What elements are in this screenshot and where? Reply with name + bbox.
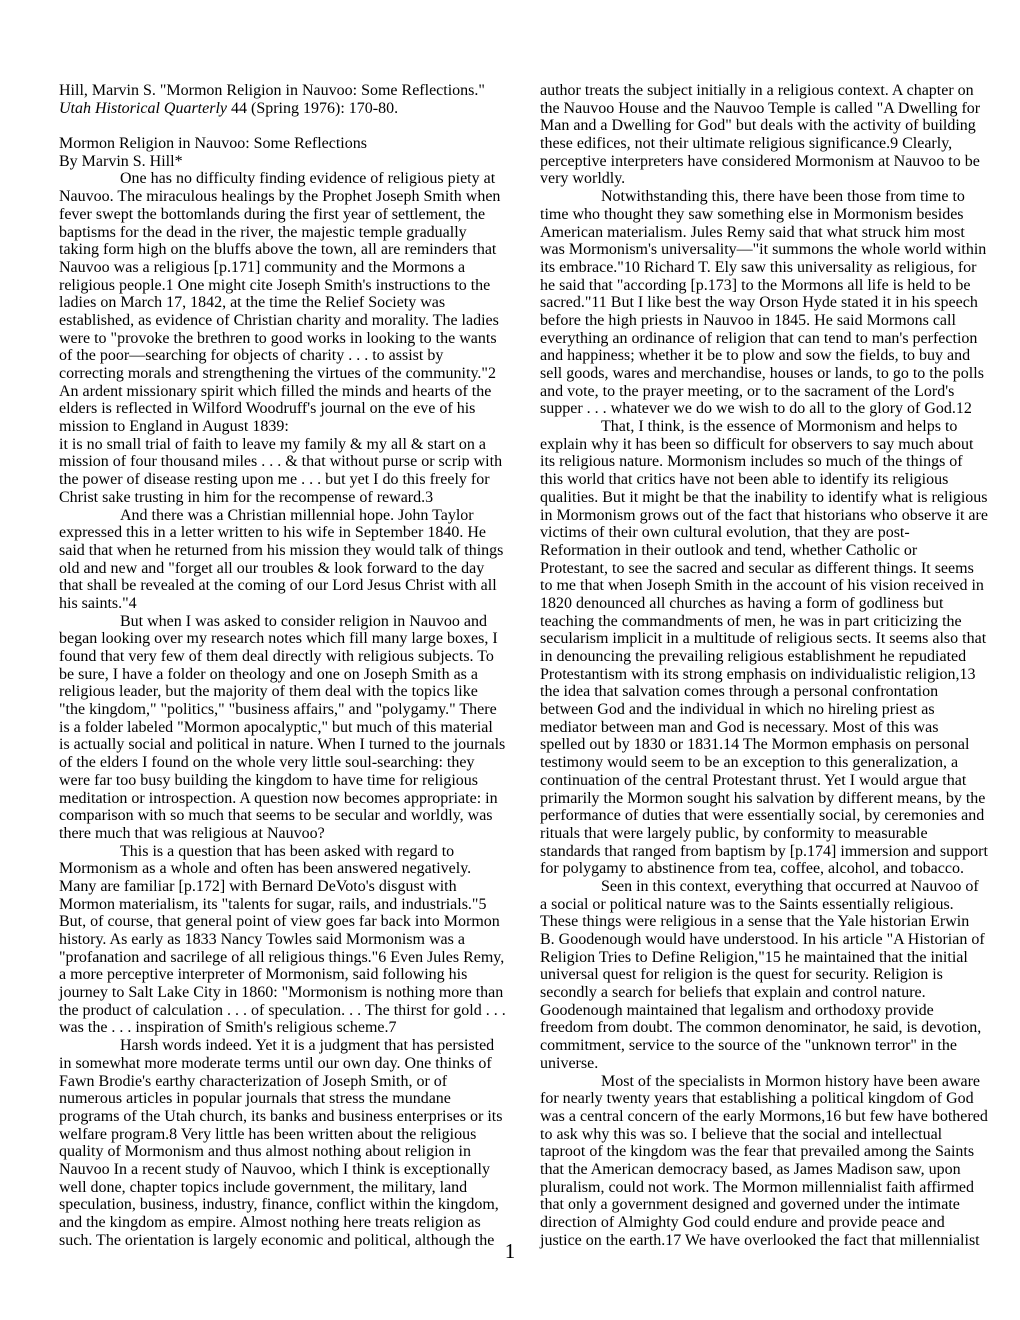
- text-line: Reformation in their outlook and tend, w…: [540, 542, 980, 560]
- text-line: "the kingdom," "politics," "business aff…: [59, 701, 499, 719]
- text-column-right: author treats the subject initially in a…: [540, 82, 980, 1249]
- text-line: speculation, business, industry, finance…: [59, 1196, 499, 1214]
- text-line: there much that was religious at Nauvoo?: [59, 825, 499, 843]
- text-line: testimony would seem to be an exception …: [540, 754, 980, 772]
- text-line: numerous articles in popular journals th…: [59, 1090, 499, 1108]
- text-line: Nauvoo In a recent study of Nauvoo, whic…: [59, 1161, 499, 1179]
- text-line: Notwithstanding this, there have been th…: [540, 188, 980, 206]
- text-line: Most of the specialists in Mormon histor…: [540, 1073, 980, 1091]
- text-line: in Mormonism grows out of the fact that …: [540, 507, 980, 525]
- text-line: universal quest for religion is the ques…: [540, 966, 980, 984]
- text-line: taking form high on the bluffs above the…: [59, 241, 499, 259]
- text-line: But when I was asked to consider religio…: [59, 613, 499, 631]
- text-line: Seen in this context, everything that oc…: [540, 878, 980, 896]
- text-line: Nauvoo. The miraculous healings by the P…: [59, 188, 499, 206]
- text-line: religious leader, but the majority of th…: [59, 683, 499, 701]
- text-line: performance of duties that were essentia…: [540, 807, 980, 825]
- text-line: American materialism. Jules Remy said th…: [540, 224, 980, 242]
- text-line: were to "provoke the brethren to good wo…: [59, 330, 499, 348]
- text-line: These things were religious in a sense t…: [540, 913, 980, 931]
- text-line: Mormon materialism, its "talents for sug…: [59, 896, 499, 914]
- text-line: religious people.1 One might cite Joseph…: [59, 277, 499, 295]
- text-line: rituals that were largely public, by con…: [540, 825, 980, 843]
- text-line: that the American democracy based, as Ja…: [540, 1161, 980, 1179]
- text-line: be sure, I have a folder on theology and…: [59, 666, 499, 684]
- text-line: universe.: [540, 1055, 980, 1073]
- text-line: of the poor—searching for objects of cha…: [59, 347, 499, 365]
- text-line: and the kingdom as empire. Almost nothin…: [59, 1214, 499, 1232]
- text-column-left: Hill, Marvin S. "Mormon Religion in Nauv…: [59, 82, 499, 1249]
- text-line: Protestantism with its strong emphasis o…: [540, 666, 980, 684]
- text-line: sell goods, wares and merchandise, house…: [540, 365, 980, 383]
- text-line: taproot of the kingdom was the fear that…: [540, 1143, 980, 1161]
- text-line: Mormonism as a whole and often has been …: [59, 860, 499, 878]
- text-line: the power of disease resting upon me . .…: [59, 471, 499, 489]
- text-line: supper . . . whatever we do we wish to d…: [540, 400, 980, 418]
- text-line: Goodenough maintained that legalism and …: [540, 1002, 980, 1020]
- text-line: was a central concern of the early Mormo…: [540, 1108, 980, 1126]
- text-line: fever swept the bottomlands during the f…: [59, 206, 499, 224]
- text-line: journey to Salt Lake City in 1860: "Morm…: [59, 984, 499, 1002]
- text-line: By Marvin S. Hill*: [59, 153, 499, 171]
- text-line: old and new and "forget all our troubles…: [59, 560, 499, 578]
- text-line: baptisms for the dead in the river, the …: [59, 224, 499, 242]
- text-line: a social or political nature was to the …: [540, 896, 980, 914]
- text-line: direction of Almighty God could endure a…: [540, 1214, 980, 1232]
- text-line: Protestant, to see the sacred and secula…: [540, 560, 980, 578]
- text-line: a more perceptive interpreter of Mormoni…: [59, 966, 499, 984]
- text-line: sacred."11 But I like best the way Orson…: [540, 294, 980, 312]
- text-line: An ardent missionary spirit which filled…: [59, 383, 499, 401]
- text-line: in somewhat more moderate terms until ou…: [59, 1055, 499, 1073]
- text-line: 1820 denounced all churches as having a …: [540, 595, 980, 613]
- document-page: Hill, Marvin S. "Mormon Religion in Nauv…: [0, 0, 1020, 1320]
- text-line: and happiness; whether it be to plow and…: [540, 347, 980, 365]
- text-line: meditation or introspection. A question …: [59, 790, 499, 808]
- text-line: explain why it has been so difficult for…: [540, 436, 980, 454]
- text-line: comparison with so much that seems to be…: [59, 807, 499, 825]
- text-line: programs of the Utah church, its banks a…: [59, 1108, 499, 1126]
- text-line: mission of four thousand miles . . . & t…: [59, 453, 499, 471]
- text-line: to ask why this was so. I believe that t…: [540, 1126, 980, 1144]
- text-line: its religious nature. Mormonism includes…: [540, 453, 980, 471]
- text-line: established, as evidence of Christian ch…: [59, 312, 499, 330]
- text-line: of the elders I found on the whole very …: [59, 754, 499, 772]
- text-line: he said that "according [p.173] to the M…: [540, 277, 980, 295]
- text-line: One has no difficulty finding evidence o…: [59, 170, 499, 188]
- text-line: to me that when Joseph Smith in the acco…: [540, 577, 980, 595]
- text-line: And there was a Christian millennial hop…: [59, 507, 499, 525]
- text-line: its embrace."10 Richard T. Ely saw this …: [540, 259, 980, 277]
- text-line: mission to England in August 1839:: [59, 418, 499, 436]
- text-line: time who thought they saw something else…: [540, 206, 980, 224]
- text-line: this world that critics have not been ab…: [540, 471, 980, 489]
- text-line: history. As early as 1833 Nancy Towles s…: [59, 931, 499, 949]
- text-line: his saints."4: [59, 595, 499, 613]
- text-line: Mormon Religion in Nauvoo: Some Reflecti…: [59, 135, 499, 153]
- text-line: said that when he returned from his miss…: [59, 542, 499, 560]
- text-line: pluralism, could not work. The Mormon mi…: [540, 1179, 980, 1197]
- text-line: welfare program.8 Very little has been w…: [59, 1126, 499, 1144]
- text-line: well done, chapter topics include govern…: [59, 1179, 499, 1197]
- text-line: secondly a search for beliefs that expla…: [540, 984, 980, 1002]
- text-line: victims of their own cultural evolution,…: [540, 524, 980, 542]
- text-line: in denouncing the prevailing religious e…: [540, 648, 980, 666]
- text-line: commitment, service to the source of the…: [540, 1037, 980, 1055]
- text-line: Utah Historical Quarterly 44 (Spring 197…: [59, 100, 499, 118]
- text-line: were far too busy building the kingdom t…: [59, 772, 499, 790]
- text-line: spelled out by 1830 or 1831.14 The Mormo…: [540, 736, 980, 754]
- text-line: and vote, to the prayer meeting, or to t…: [540, 383, 980, 401]
- text-line: was the . . . inspiration of Smith's rel…: [59, 1019, 499, 1037]
- text-line: quality of Mormonism and thus almost not…: [59, 1143, 499, 1161]
- text-line: mediator between man and God is necessar…: [540, 719, 980, 737]
- text-line: for nearly twenty years that establishin…: [540, 1090, 980, 1108]
- text-line: Nauvoo was a religious [p.171] community…: [59, 259, 499, 277]
- text-line: began looking over my research notes whi…: [59, 630, 499, 648]
- text-line: correcting morals and strengthening the …: [59, 365, 499, 383]
- text-line: very worldly.: [540, 170, 980, 188]
- text-line: before the high priests in Nauvoo in 184…: [540, 312, 980, 330]
- text-line: Hill, Marvin S. "Mormon Religion in Nauv…: [59, 82, 499, 100]
- text-line: it is no small trial of faith to leave m…: [59, 436, 499, 454]
- text-line: freedom from doubt. The common denominat…: [540, 1019, 980, 1037]
- text-line: elders is reflected in Wilford Woodruff'…: [59, 400, 499, 418]
- text-line: ladies on March 17, 1842, at the time th…: [59, 294, 499, 312]
- text-line: for polygamy to abstinence from tea, cof…: [540, 860, 980, 878]
- text-line: Fawn Brodie's earthy characterization of…: [59, 1073, 499, 1091]
- text-line: expressed this in a letter written to hi…: [59, 524, 499, 542]
- text-line: that shall be revealed at the coming of …: [59, 577, 499, 595]
- text-line: standards that ranged from baptism by [p…: [540, 843, 980, 861]
- text-line: perceptive interpreters have considered …: [540, 153, 980, 171]
- text-line: found that very few of them deal directl…: [59, 648, 499, 666]
- text-line: Many are familiar [p.172] with Bernard D…: [59, 878, 499, 896]
- text-line: Harsh words indeed. Yet it is a judgment…: [59, 1037, 499, 1055]
- text-line: B. Goodenough would have understood. In …: [540, 931, 980, 949]
- text-line: was Mormonism's universality—"it summons…: [540, 241, 980, 259]
- text-line: is a folder labeled "Mormon apocalyptic,…: [59, 719, 499, 737]
- text-line: "profanation and sacrilege of all religi…: [59, 949, 499, 967]
- text-line: between God and the individual in which …: [540, 701, 980, 719]
- text-line: qualities. But it might be that the inab…: [540, 489, 980, 507]
- text-line: Religion Tries to Define Religion,"15 he…: [540, 949, 980, 967]
- text-line: continuation of the central Protestant t…: [540, 772, 980, 790]
- text-line: That, I think, is the essence of Mormoni…: [540, 418, 980, 436]
- text-line: the idea that salvation comes through a …: [540, 683, 980, 701]
- text-line: everything an ordinance of religion that…: [540, 330, 980, 348]
- text-line: But, of course, that general point of vi…: [59, 913, 499, 931]
- text-line: primarily the Mormon sought his salvatio…: [540, 790, 980, 808]
- text-line: Man and a Dwelling for God" but deals wi…: [540, 117, 980, 135]
- text-line: Christ sake trusting in him for the reco…: [59, 489, 499, 507]
- text-line: the Nauvoo House and the Nauvoo Temple i…: [540, 100, 980, 118]
- text-line: that only a government designed and gove…: [540, 1196, 980, 1214]
- text-line: This is a question that has been asked w…: [59, 843, 499, 861]
- text-line: secularism implicit in a multitude of re…: [540, 630, 980, 648]
- text-line: these edifices, not their ultimate relig…: [540, 135, 980, 153]
- page-number: 1: [0, 1239, 1020, 1263]
- text-line: is actually social and political in natu…: [59, 736, 499, 754]
- text-line: the product of calculation . . . of spec…: [59, 1002, 499, 1020]
- text-line: teaching the commandments of men, he was…: [540, 613, 980, 631]
- text-line: author treats the subject initially in a…: [540, 82, 980, 100]
